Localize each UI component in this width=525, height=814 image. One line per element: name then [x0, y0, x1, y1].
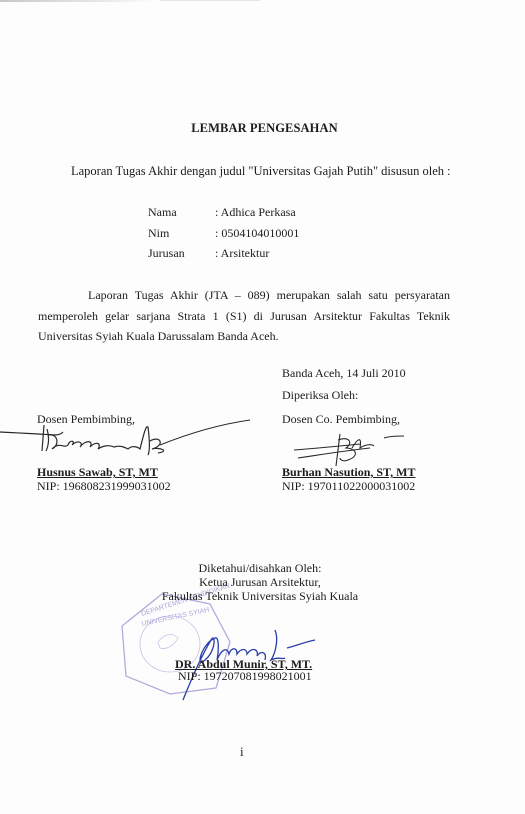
- paragraph-line: Universitas Syiah Kuala Darussalam Banda…: [38, 326, 450, 347]
- field-label-nama: Nama: [148, 205, 177, 220]
- approval-line-3: Fakultas Teknik Universitas Syiah Kuala: [150, 589, 370, 604]
- approval-line-2: Ketua Jurusan Arsitektur,: [150, 575, 370, 590]
- co-advisor-role: Dosen Co. Pembimbing,: [282, 412, 400, 427]
- advisor-nip: NIP: 196808231999031002: [37, 479, 171, 494]
- field-value-nama: : Adhica Perkasa: [215, 205, 296, 220]
- field-value-nim: : 0504104010001: [215, 226, 299, 241]
- approval-line-1: Diketahui/disahkan Oleh:: [150, 561, 370, 576]
- field-label-nim: Nim: [148, 226, 169, 241]
- body-paragraph: Laporan Tugas Akhir (JTA – 089) merupaka…: [38, 285, 450, 347]
- paragraph-line: memperoleh gelar sarjana Strata 1 (S1) d…: [38, 306, 450, 327]
- place-date: Banda Aceh, 14 Juli 2010: [282, 366, 406, 381]
- head-of-department-nip: NIP: 197207081998021001: [178, 669, 312, 684]
- page-title: LEMBAR PENGESAHAN: [0, 121, 525, 136]
- field-value-jurusan: : Arsitektur: [215, 246, 269, 261]
- co-advisor-signature: [280, 430, 410, 470]
- paragraph-line: Laporan Tugas Akhir (JTA – 089) merupaka…: [38, 285, 450, 306]
- co-advisor-name: Burhan Nasution, ST, MT: [282, 465, 415, 480]
- intro-text: Laporan Tugas Akhir dengan judul "Univer…: [71, 164, 451, 179]
- scan-edge: [0, 0, 160, 2]
- scan-edge: [160, 0, 260, 1]
- field-label-jurusan: Jurusan: [148, 246, 185, 261]
- page-number: i: [240, 744, 244, 760]
- advisor-name: Husnus Sawab, ST, MT: [37, 465, 158, 480]
- checked-by-label: Diperiksa Oleh:: [282, 388, 358, 403]
- co-advisor-nip: NIP: 197011022000031002: [282, 479, 415, 494]
